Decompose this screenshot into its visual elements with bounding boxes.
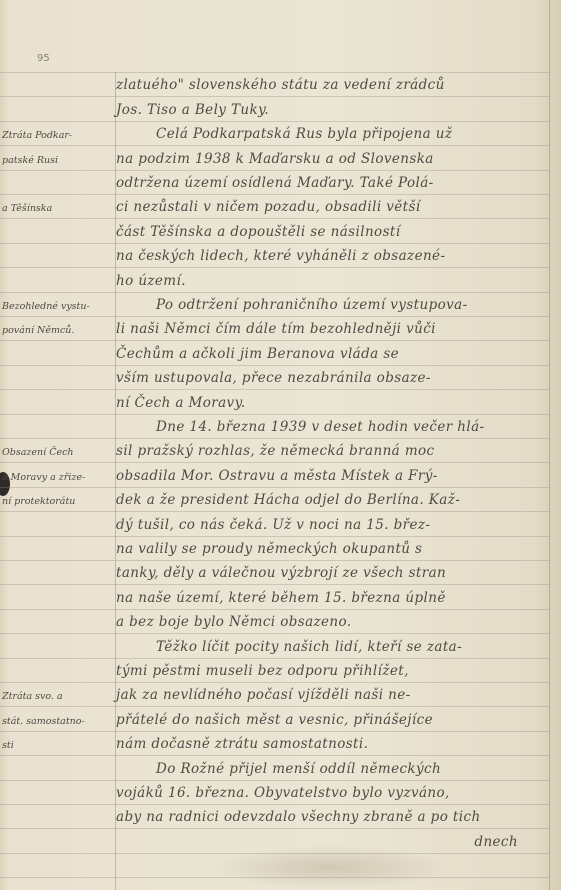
text-line: a bez boje bylo Němci obsazeno.	[116, 612, 546, 632]
text-line: sil pražský rozhlas, že německá branná m…	[116, 441, 546, 461]
ruled-line	[0, 609, 549, 610]
page-edge-line	[549, 0, 550, 890]
page-number: 95	[37, 53, 50, 64]
ruled-line	[0, 633, 549, 634]
ruled-line	[0, 584, 549, 585]
ruled-line	[0, 658, 549, 659]
text-line: zlatuého" slovenského státu za vedení zr…	[116, 75, 546, 95]
ruled-line	[0, 780, 549, 781]
ruled-line	[0, 389, 549, 390]
margin-note: a Moravy a zřize-	[2, 470, 114, 486]
ruled-line	[0, 682, 549, 683]
ruled-line	[0, 462, 549, 463]
margin-note: stát. samostatno-	[2, 714, 114, 730]
ruled-line	[0, 414, 549, 415]
text-line: ci nezůstali v ničem pozadu, obsadili vě…	[116, 197, 546, 217]
margin-note: Ztráta Podkar-	[2, 128, 114, 144]
text-line: Po odtržení pohraničního území vystupova…	[116, 295, 546, 315]
text-line: tanky, děly a válečnou výzbrojí ze všech…	[116, 563, 546, 583]
text-line: dý tušil, co nás čeká. Už v noci na 15. …	[116, 515, 546, 535]
ruled-line	[0, 72, 549, 73]
ruled-line	[0, 292, 549, 293]
ruled-line	[0, 487, 549, 488]
text-line: vojáků 16. března. Obyvatelstvo bylo vyz…	[116, 783, 546, 803]
ruled-line	[0, 853, 549, 854]
text-line: Těžko líčit pocity našich lidí, kteří se…	[116, 637, 546, 657]
ruled-line	[0, 828, 549, 829]
ruled-line	[0, 706, 549, 707]
text-line: dek a že president Hácha odjel do Berlín…	[116, 490, 546, 510]
ruled-line	[0, 145, 549, 146]
ruled-line	[0, 877, 549, 878]
margin-note: Obsazení Čech	[2, 445, 114, 461]
ruled-line	[0, 243, 549, 244]
text-line: jak za nevlídného počasí vjížděli naši n…	[116, 685, 546, 705]
text-line: Celá Podkarpatská Rus byla připojena už	[116, 124, 546, 144]
ruled-line	[0, 96, 549, 97]
text-line: na valily se proudy německých okupantů s	[116, 539, 546, 559]
margin-note: pování Němců.	[2, 323, 114, 339]
ruled-line	[0, 194, 549, 195]
text-line: obsadila Mor. Ostravu a města Místek a F…	[116, 466, 546, 486]
ruled-line	[0, 365, 549, 366]
margin-note: Bezohledné vystu-	[2, 299, 114, 315]
text-line: Do Rožné přijel menší oddíl německých	[116, 759, 546, 779]
ruled-line	[0, 170, 549, 171]
ruled-line	[0, 340, 549, 341]
ruled-line	[0, 316, 549, 317]
ruled-line	[0, 511, 549, 512]
text-line: vším ustupovala, přece nezabránila obsaz…	[116, 368, 546, 388]
text-line: nám dočasně ztrátu samostatnosti.	[116, 734, 546, 754]
ruled-line	[0, 267, 549, 268]
margin-note: patské Rusi	[2, 153, 114, 169]
text-line: ho území.	[116, 271, 546, 291]
ruled-line	[0, 438, 549, 439]
margin-note: a Těšínska	[2, 201, 114, 217]
margin-note: Ztráta svo. a	[2, 689, 114, 705]
margin-note: sti	[2, 738, 114, 754]
text-line: přátelé do našich měst a vesnic, přináše…	[116, 710, 546, 730]
text-line: na naše území, které během 15. března úp…	[116, 588, 546, 608]
ruled-line	[0, 121, 549, 122]
text-line: li naši Němci čím dále tím bezohledněji …	[116, 319, 546, 339]
text-line: tými pěstmi museli bez odporu přihlížet,	[116, 661, 546, 681]
ruled-line	[0, 218, 549, 219]
ruled-line	[0, 755, 549, 756]
ruled-line	[0, 536, 549, 537]
ruled-line	[0, 560, 549, 561]
ruled-line	[0, 731, 549, 732]
text-line: Dne 14. března 1939 v deset hodin večer …	[116, 417, 546, 437]
text-line: Jos. Tiso a Bely Tuky.	[116, 100, 546, 120]
ruled-line	[0, 804, 549, 805]
text-line: ní Čech a Moravy.	[116, 393, 546, 413]
text-line: aby na radnici odevzdalo všechny zbraně …	[116, 807, 546, 827]
catchword: dnech	[116, 832, 546, 852]
text-line: na českých lidech, které vyháněli z obsa…	[116, 246, 546, 266]
text-line: na podzim 1938 k Maďarsku a od Slovenska	[116, 149, 546, 169]
text-line: Čechům a ačkoli jim Beranova vláda se	[116, 344, 546, 364]
margin-note: ní protektorátu	[2, 494, 114, 510]
text-line: odtržena území osídlená Maďary. Také Pol…	[116, 173, 546, 193]
chronicle-page: 95 zlatuého" slovenského státu za vedení…	[0, 0, 561, 890]
text-line: část Těšínska a dopouštěli se násilností	[116, 222, 546, 242]
